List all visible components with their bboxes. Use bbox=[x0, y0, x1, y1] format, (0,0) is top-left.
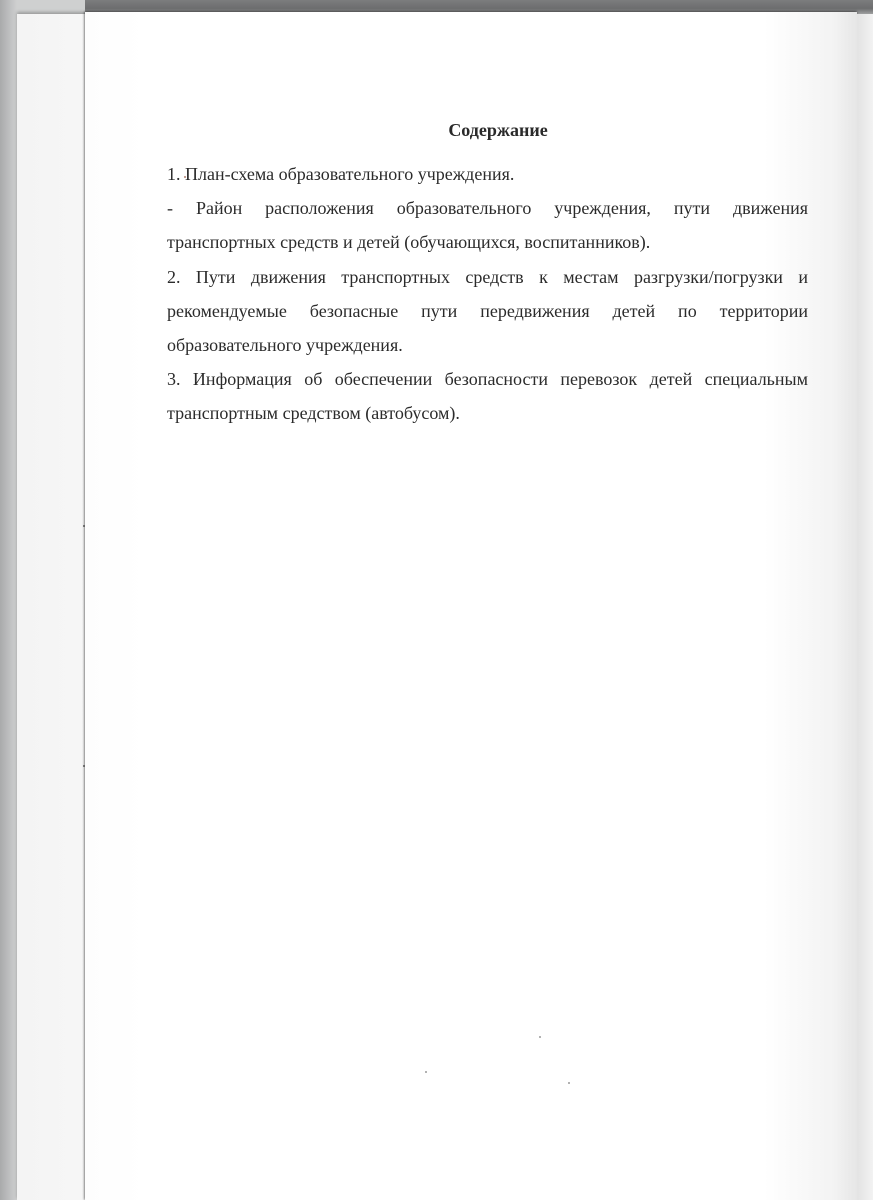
toc-entry-1: 1. План-схема образовательного учреждени… bbox=[167, 157, 808, 191]
scan-speck bbox=[539, 1036, 541, 1038]
toc-entry-3: 3. Информация об обеспечении безопасност… bbox=[167, 362, 808, 430]
scan-speck bbox=[425, 1071, 427, 1073]
toc-entry-2: 2. Пути движения транспортных средств к … bbox=[167, 260, 808, 363]
scan-speck bbox=[83, 765, 85, 767]
scan-speck bbox=[184, 176, 186, 178]
page-title: Содержание bbox=[85, 120, 873, 141]
right-page-edge bbox=[857, 14, 873, 1200]
scan-speck bbox=[83, 525, 85, 527]
toc-entry-1-sub: - Район расположения образовательного уч… bbox=[167, 191, 808, 259]
scan-speck bbox=[568, 1082, 570, 1084]
table-of-contents: 1. План-схема образовательного учреждени… bbox=[167, 157, 808, 431]
